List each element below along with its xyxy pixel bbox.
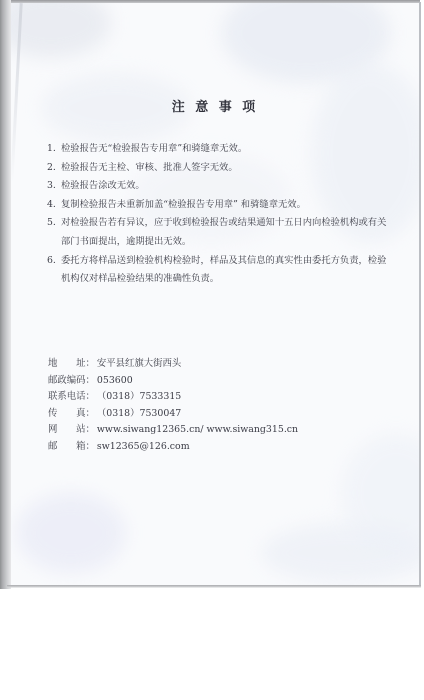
contact-value: （0318）7533315 bbox=[97, 389, 181, 406]
notice-number: 6. bbox=[47, 252, 61, 289]
notice-item: 5. 对检验报告若有异议，应于收到检验报告或结果通知十五日内向检验机构或有关部门… bbox=[47, 214, 394, 251]
contact-row-postcode: 邮政编码： 053600 bbox=[48, 373, 378, 390]
paper-crease bbox=[11, 3, 23, 183]
contact-row-email: 邮 箱： sw12365@126.com bbox=[48, 439, 378, 456]
contact-value: 053600 bbox=[97, 373, 133, 390]
paper-edge-shadow-right bbox=[419, 2, 421, 586]
contact-row-address: 地 址： 安平县红旗大街西头 bbox=[48, 356, 378, 373]
notice-text: 对检验报告若有异议，应于收到检验报告或结果通知十五日内向检验机构或有关部门书面提… bbox=[61, 214, 394, 251]
notice-number: 2. bbox=[47, 159, 61, 178]
notice-item: 3. 检验报告涂改无效。 bbox=[47, 177, 394, 196]
notice-list: 1. 检验报告无“检验报告专用章”和骑缝章无效。 2. 检验报告无主检、审核、批… bbox=[47, 140, 394, 289]
notice-item: 2. 检验报告无主检、审核、批准人签字无效。 bbox=[47, 159, 394, 178]
notice-item: 1. 检验报告无“检验报告专用章”和骑缝章无效。 bbox=[47, 140, 394, 159]
contact-value: （0318）7530047 bbox=[97, 406, 181, 423]
contact-label: 地 址： bbox=[48, 356, 95, 373]
contact-label: 邮政编码： bbox=[48, 373, 95, 390]
contact-value: sw12365@126.com bbox=[97, 439, 190, 456]
notice-text: 复制检验报告未重新加盖“检验报告专用章” 和骑缝章无效。 bbox=[61, 196, 394, 215]
contact-row-fax: 传 真： （0318）7530047 bbox=[48, 406, 378, 423]
contact-value: www.siwang12365.cn/ www.siwang315.cn bbox=[97, 422, 298, 439]
notice-item: 6. 委托方将样品送到检验机构检验时，样品及其信息的真实性由委托方负责，检验机构… bbox=[47, 252, 394, 289]
scan-canvas: 注 意 事 项 1. 检验报告无“检验报告专用章”和骑缝章无效。 2. 检验报告… bbox=[0, 0, 424, 700]
contact-label: 联系电话： bbox=[48, 389, 95, 406]
paper-texture bbox=[16, 493, 126, 573]
notice-number: 5. bbox=[47, 214, 61, 251]
contact-label: 传 真： bbox=[48, 406, 95, 423]
page-title: 注 意 事 项 bbox=[11, 96, 419, 115]
contact-label: 邮 箱： bbox=[48, 439, 95, 456]
paper-texture bbox=[261, 523, 419, 583]
notice-number: 4. bbox=[47, 196, 61, 215]
notice-text: 委托方将样品送到检验机构检验时，样品及其信息的真实性由委托方负责，检验机构仅对样… bbox=[61, 252, 394, 289]
notice-text: 检验报告涂改无效。 bbox=[61, 177, 394, 196]
contact-label: 网 站： bbox=[48, 422, 95, 439]
paper-edge-shadow-left bbox=[0, 0, 11, 589]
notice-text: 检验报告无主检、审核、批准人签字无效。 bbox=[61, 159, 394, 178]
notice-text: 检验报告无“检验报告专用章”和骑缝章无效。 bbox=[61, 140, 394, 159]
notice-item: 4. 复制检验报告未重新加盖“检验报告专用章” 和骑缝章无效。 bbox=[47, 196, 394, 215]
paper-texture bbox=[11, 3, 111, 58]
contact-row-website: 网 站： www.siwang12365.cn/ www.siwang315.c… bbox=[48, 422, 378, 439]
notice-number: 1. bbox=[47, 140, 61, 159]
contact-block: 地 址： 安平县红旗大街西头 邮政编码： 053600 联系电话： （0318）… bbox=[48, 356, 378, 456]
scanned-page: 注 意 事 项 1. 检验报告无“检验报告专用章”和骑缝章无效。 2. 检验报告… bbox=[11, 3, 419, 586]
notice-number: 3. bbox=[47, 177, 61, 196]
contact-row-phone: 联系电话： （0318）7533315 bbox=[48, 389, 378, 406]
contact-value: 安平县红旗大街西头 bbox=[97, 356, 181, 373]
paper-texture bbox=[221, 3, 391, 83]
paper-edge-shadow-bottom bbox=[7, 585, 421, 588]
